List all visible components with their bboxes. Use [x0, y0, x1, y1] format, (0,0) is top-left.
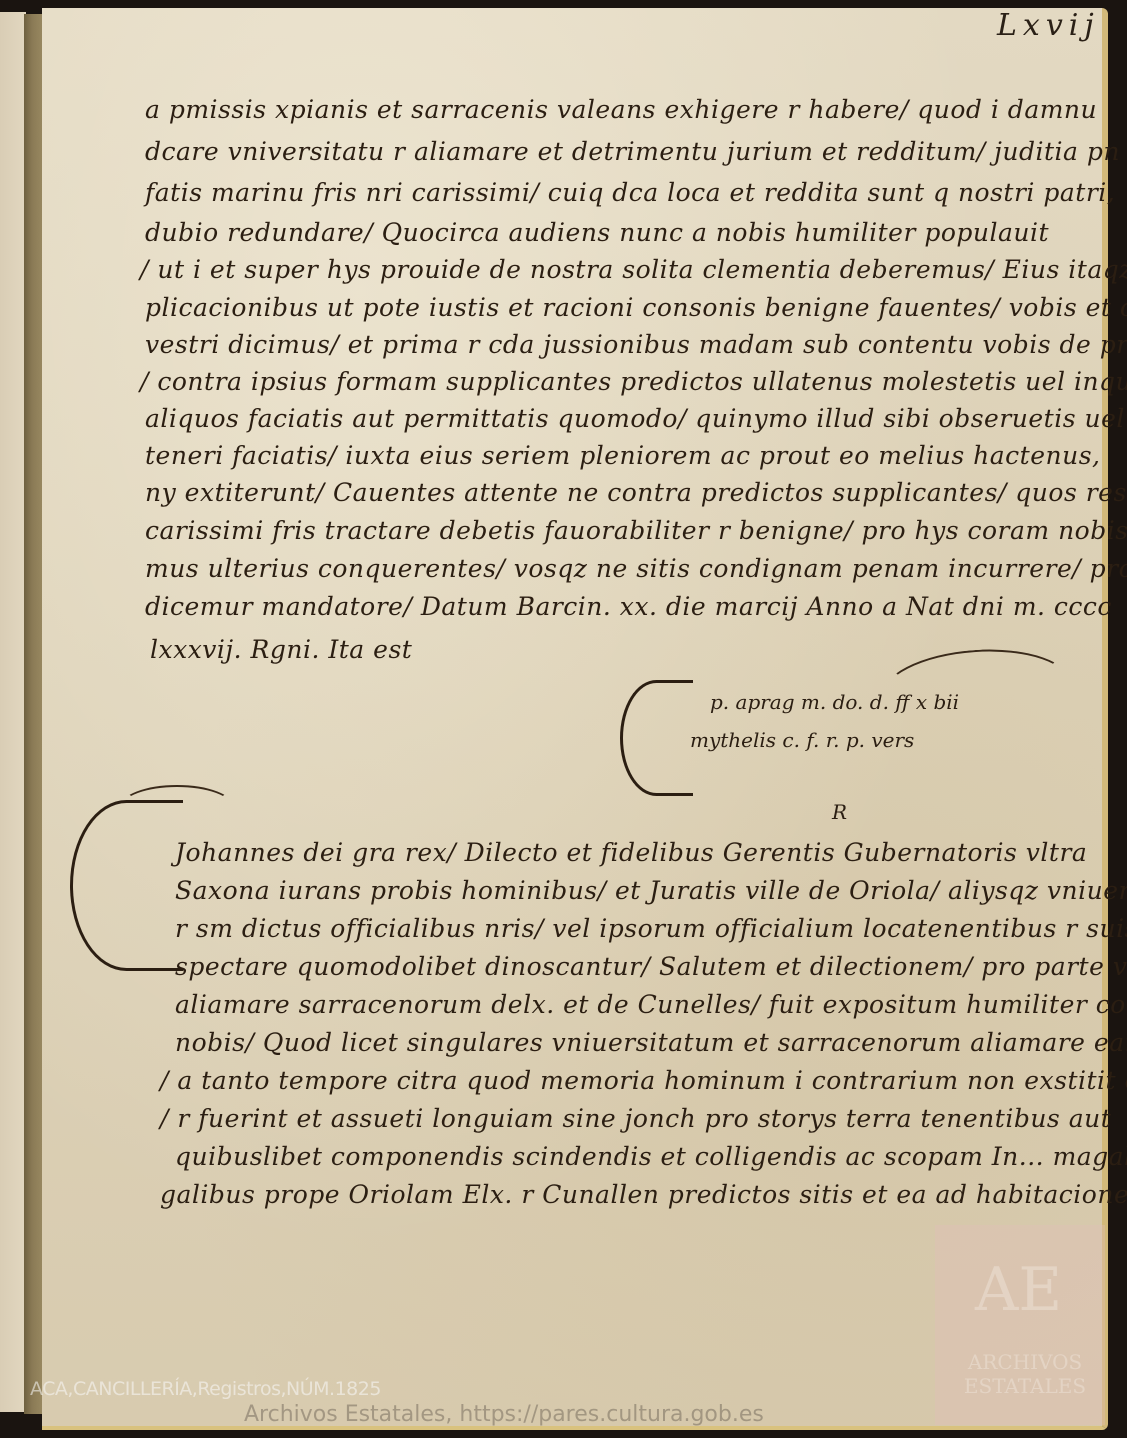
logo-mark: AE: [975, 1255, 1062, 1325]
text-line: dubio redundare/ Quocirca audiens nunc a…: [145, 218, 1049, 247]
text-line: teneri faciatis/ iuxta eius seriem pleni…: [145, 441, 1101, 470]
text-line: / ut i et super hys prouide de nostra so…: [140, 255, 1127, 284]
folio-number: Lxvij: [997, 8, 1100, 43]
text-line: dicemur mandatore/ Datum Barcin. xx. die…: [145, 592, 1112, 621]
text-line: a pmissis xpianis et sarracenis valeans …: [145, 95, 1097, 124]
text-line: / a tanto tempore citra quod memoria hom…: [160, 1066, 1127, 1095]
logo-text: ARCHIVOS ESTATALES: [955, 1350, 1095, 1398]
text-line: carissimi fris tractare debetis fauorabi…: [145, 516, 1127, 545]
text-line: spectare quomodolibet dinoscantur/ Salut…: [175, 952, 1127, 981]
text-line: galibus prope Oriolam Elx. r Cunallen pr…: [160, 1180, 1127, 1209]
text-line: nobis/ Quod licet singulares vniuersitat…: [175, 1028, 1127, 1057]
text-line: / contra ipsius formam supplicantes pred…: [140, 367, 1127, 396]
text-line: fatis marinu fris nri carissimi/ cuiq dc…: [145, 178, 1115, 207]
text-line: Johannes dei gra rex/ Dilecto et fidelib…: [175, 838, 1087, 867]
text-line: Saxona iurans probis hominibus/ et Jurat…: [175, 876, 1127, 905]
signature-line: p. aprag m. do. d. ff x bii: [710, 690, 959, 714]
text-line: / r fuerint et assueti longuiam sine jon…: [160, 1104, 1111, 1133]
text-line: quibuslibet componendis scindendis et co…: [175, 1142, 1127, 1171]
archive-logo-watermark: AE ARCHIVOS ESTATALES: [935, 1225, 1105, 1425]
text-line: aliamare sarracenorum delx. et de Cunell…: [175, 990, 1127, 1019]
signature-line: mythelis c. f. r. p. vers: [690, 728, 914, 752]
text-line: plicacionibus ut pote iustis et racioni …: [145, 293, 1127, 322]
text-line: mus ulterius conquerentes/ vosqz ne siti…: [145, 554, 1127, 583]
decorated-initial-j: [70, 800, 183, 971]
archive-reference-watermark: ACA,CANCILLERÍA,Registros,NÚM.1825: [30, 1378, 381, 1400]
registration-mark: R: [832, 800, 847, 824]
text-line: r sm dictus officialibus nris/ vel ipsor…: [175, 914, 1127, 943]
left-page-edge: [0, 12, 26, 1412]
text-line: vestri dicimus/ et prima r cda jussionib…: [145, 330, 1127, 359]
text-line: aliquos faciatis aut permittatis quomodo…: [145, 404, 1125, 433]
signature-initial-c: [620, 680, 693, 796]
book-gutter: [24, 14, 44, 1414]
archive-source-watermark: Archivos Estatales, https://pares.cultur…: [244, 1402, 764, 1427]
text-line: ny extiterunt/ Cauentes attente ne contr…: [145, 478, 1127, 507]
text-line: lxxxvij. Rgni. Ita est: [150, 635, 412, 664]
text-line: dcare vniversitatu r aliamare et detrime…: [145, 137, 1120, 166]
